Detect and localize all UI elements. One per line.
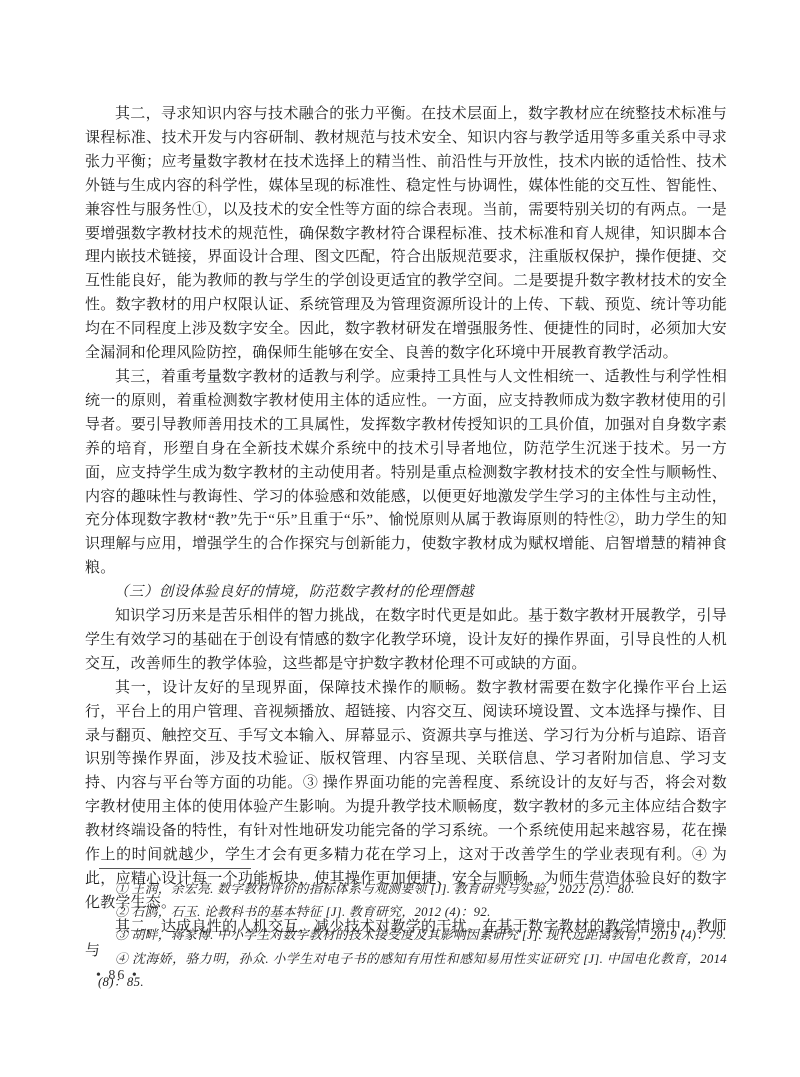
document-page: 其二，寻求知识内容与技术融合的张力平衡。在技术层面上，数字教材应在统整技术标准与…: [0, 0, 800, 1077]
footnote-separator: [99, 868, 251, 869]
body-text-column: 其二，寻求知识内容与技术融合的张力平衡。在技术层面上，数字教材应在统整技术标准与…: [85, 103, 727, 964]
footnote-item: ④ 沈海娇，骆力明，孙众. 小学生对电子书的感知有用性和感知易用性实证研究 [J…: [85, 948, 727, 994]
body-paragraph: 其二，寻求知识内容与技术融合的张力平衡。在技术层面上，数字教材应在统整技术标准与…: [85, 103, 727, 366]
footnote-item: ① 王润，余宏亮. 数字教材评价的指标体系与观测要领 [J]. 教育研究与实验，…: [85, 878, 727, 901]
body-paragraph: 知识学习历来是苦乐相伴的智力挑战，在数字时代更是如此。基于数字教材开展教学，引导…: [85, 605, 727, 677]
body-paragraph: 其三，着重考量数字教材的适教与利学。应秉持工具性与人文性相统一、适教性与利学性相…: [85, 366, 727, 581]
footnote-item: ② 石鸥，石玉. 论教科书的基本特征 [J]. 教育研究，2012 (4)：92…: [85, 901, 727, 924]
page-number: • 86 •: [96, 968, 139, 984]
footnote-item: ③ 胡畔，蒋家傅. 中小学生对数字教材的技术接受度及其影响因素研究 [J]. 现…: [85, 924, 727, 947]
footnote-section: ① 王润，余宏亮. 数字教材评价的指标体系与观测要领 [J]. 教育研究与实验，…: [85, 868, 727, 994]
section-heading: （三）创设体验良好的情境，防范数字教材的伦理僭越: [85, 581, 727, 605]
